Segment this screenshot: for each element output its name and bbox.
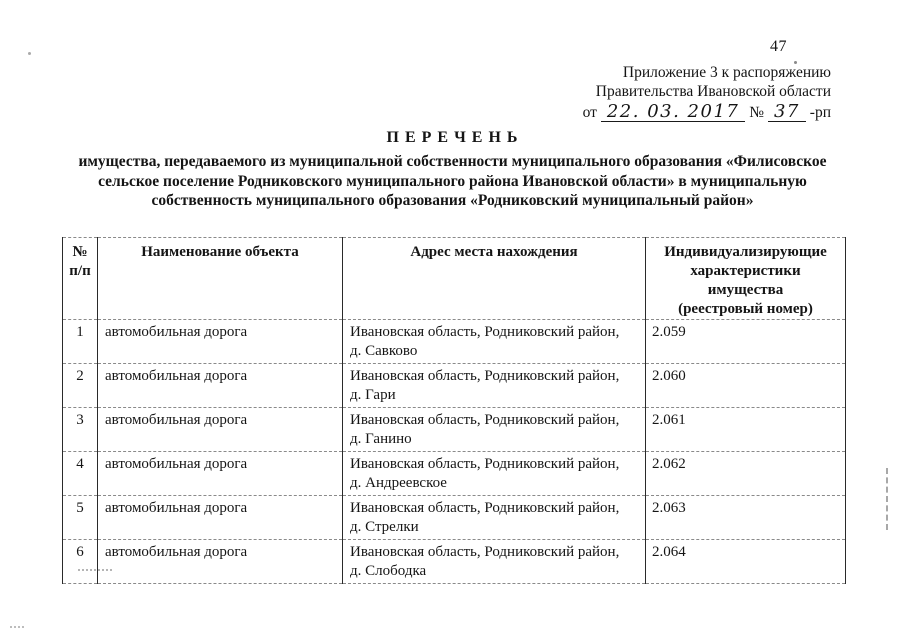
table-header-row: № п/п Наименование объекта Адрес места н… [63, 238, 846, 320]
table-row: 2 автомобильная дорога Ивановская област… [63, 364, 846, 408]
row-number: 4 [63, 452, 98, 496]
object-address: Ивановская область, Родниковский район, … [343, 540, 646, 584]
column-header-num: № п/п [63, 238, 98, 320]
object-address: Ивановская область, Родниковский район, … [343, 364, 646, 408]
number-sign: № [749, 104, 764, 121]
column-header-characteristics: Индивидуализирующие характеристики имуще… [646, 238, 846, 320]
handwritten-date: 22. 03. 2017 [601, 103, 746, 122]
registry-number: 2.062 [646, 452, 846, 496]
object-name: автомобильная дорога [98, 496, 343, 540]
table-row: 5 автомобильная дорога Ивановская област… [63, 496, 846, 540]
object-name: автомобильная дорога [98, 408, 343, 452]
object-address: Ивановская область, Родниковский район, … [343, 496, 646, 540]
object-name: автомобильная дорога [98, 320, 343, 364]
row-number: 2 [63, 364, 98, 408]
scan-artifact-dashed-line [886, 468, 888, 530]
title-block: П Е Р Е Ч Е Н Ь имущества, передаваемого… [0, 129, 905, 211]
subtitle-line: сельское поселение Родниковского муницип… [0, 172, 905, 192]
property-table: № п/п Наименование объекта Адрес места н… [62, 237, 846, 584]
registry-number: 2.059 [646, 320, 846, 364]
scan-artifact-specks [78, 569, 112, 571]
appendix-line: Правительства Ивановской области [583, 83, 831, 102]
object-name: автомобильная дорога [98, 452, 343, 496]
handwritten-number: 37 [768, 103, 806, 122]
table-row: 6 автомобильная дорога Ивановская област… [63, 540, 846, 584]
document-page: 47 Приложение 3 к распоряжению Правитель… [0, 0, 905, 640]
row-number: 3 [63, 408, 98, 452]
object-name: автомобильная дорога [98, 540, 343, 584]
column-header-name: Наименование объекта [98, 238, 343, 320]
row-number: 5 [63, 496, 98, 540]
object-name: автомобильная дорога [98, 364, 343, 408]
document-title: П Е Р Е Ч Е Н Ь [0, 129, 905, 147]
appendix-block: Приложение 3 к распоряжению Правительств… [583, 64, 831, 123]
registry-number: 2.060 [646, 364, 846, 408]
document-subtitle: имущества, передаваемого из муниципально… [0, 152, 905, 211]
scan-artifact-specks [10, 626, 24, 628]
object-address: Ивановская область, Родниковский район, … [343, 408, 646, 452]
table-row: 1 автомобильная дорога Ивановская област… [63, 320, 846, 364]
registry-number: 2.061 [646, 408, 846, 452]
date-prefix: от [583, 104, 597, 121]
object-address: Ивановская область, Родниковский район, … [343, 452, 646, 496]
registry-number: 2.064 [646, 540, 846, 584]
page-number: 47 [770, 38, 787, 56]
registry-number: 2.063 [646, 496, 846, 540]
object-address: Ивановская область, Родниковский район, … [343, 320, 646, 364]
scan-artifact-dot [794, 61, 797, 64]
number-suffix: -рп [810, 104, 831, 121]
scan-artifact-speck [28, 52, 31, 55]
subtitle-line: собственность муниципального образования… [0, 191, 905, 211]
appendix-line: Приложение 3 к распоряжению [583, 64, 831, 83]
table-row: 4 автомобильная дорога Ивановская област… [63, 452, 846, 496]
column-header-address: Адрес места нахождения [343, 238, 646, 320]
table-row: 3 автомобильная дорога Ивановская област… [63, 408, 846, 452]
row-number: 1 [63, 320, 98, 364]
subtitle-line: имущества, передаваемого из муниципально… [0, 152, 905, 172]
decree-date-number-line: от 22. 03. 2017 № 37 -рп [583, 103, 831, 123]
row-number: 6 [63, 540, 98, 584]
